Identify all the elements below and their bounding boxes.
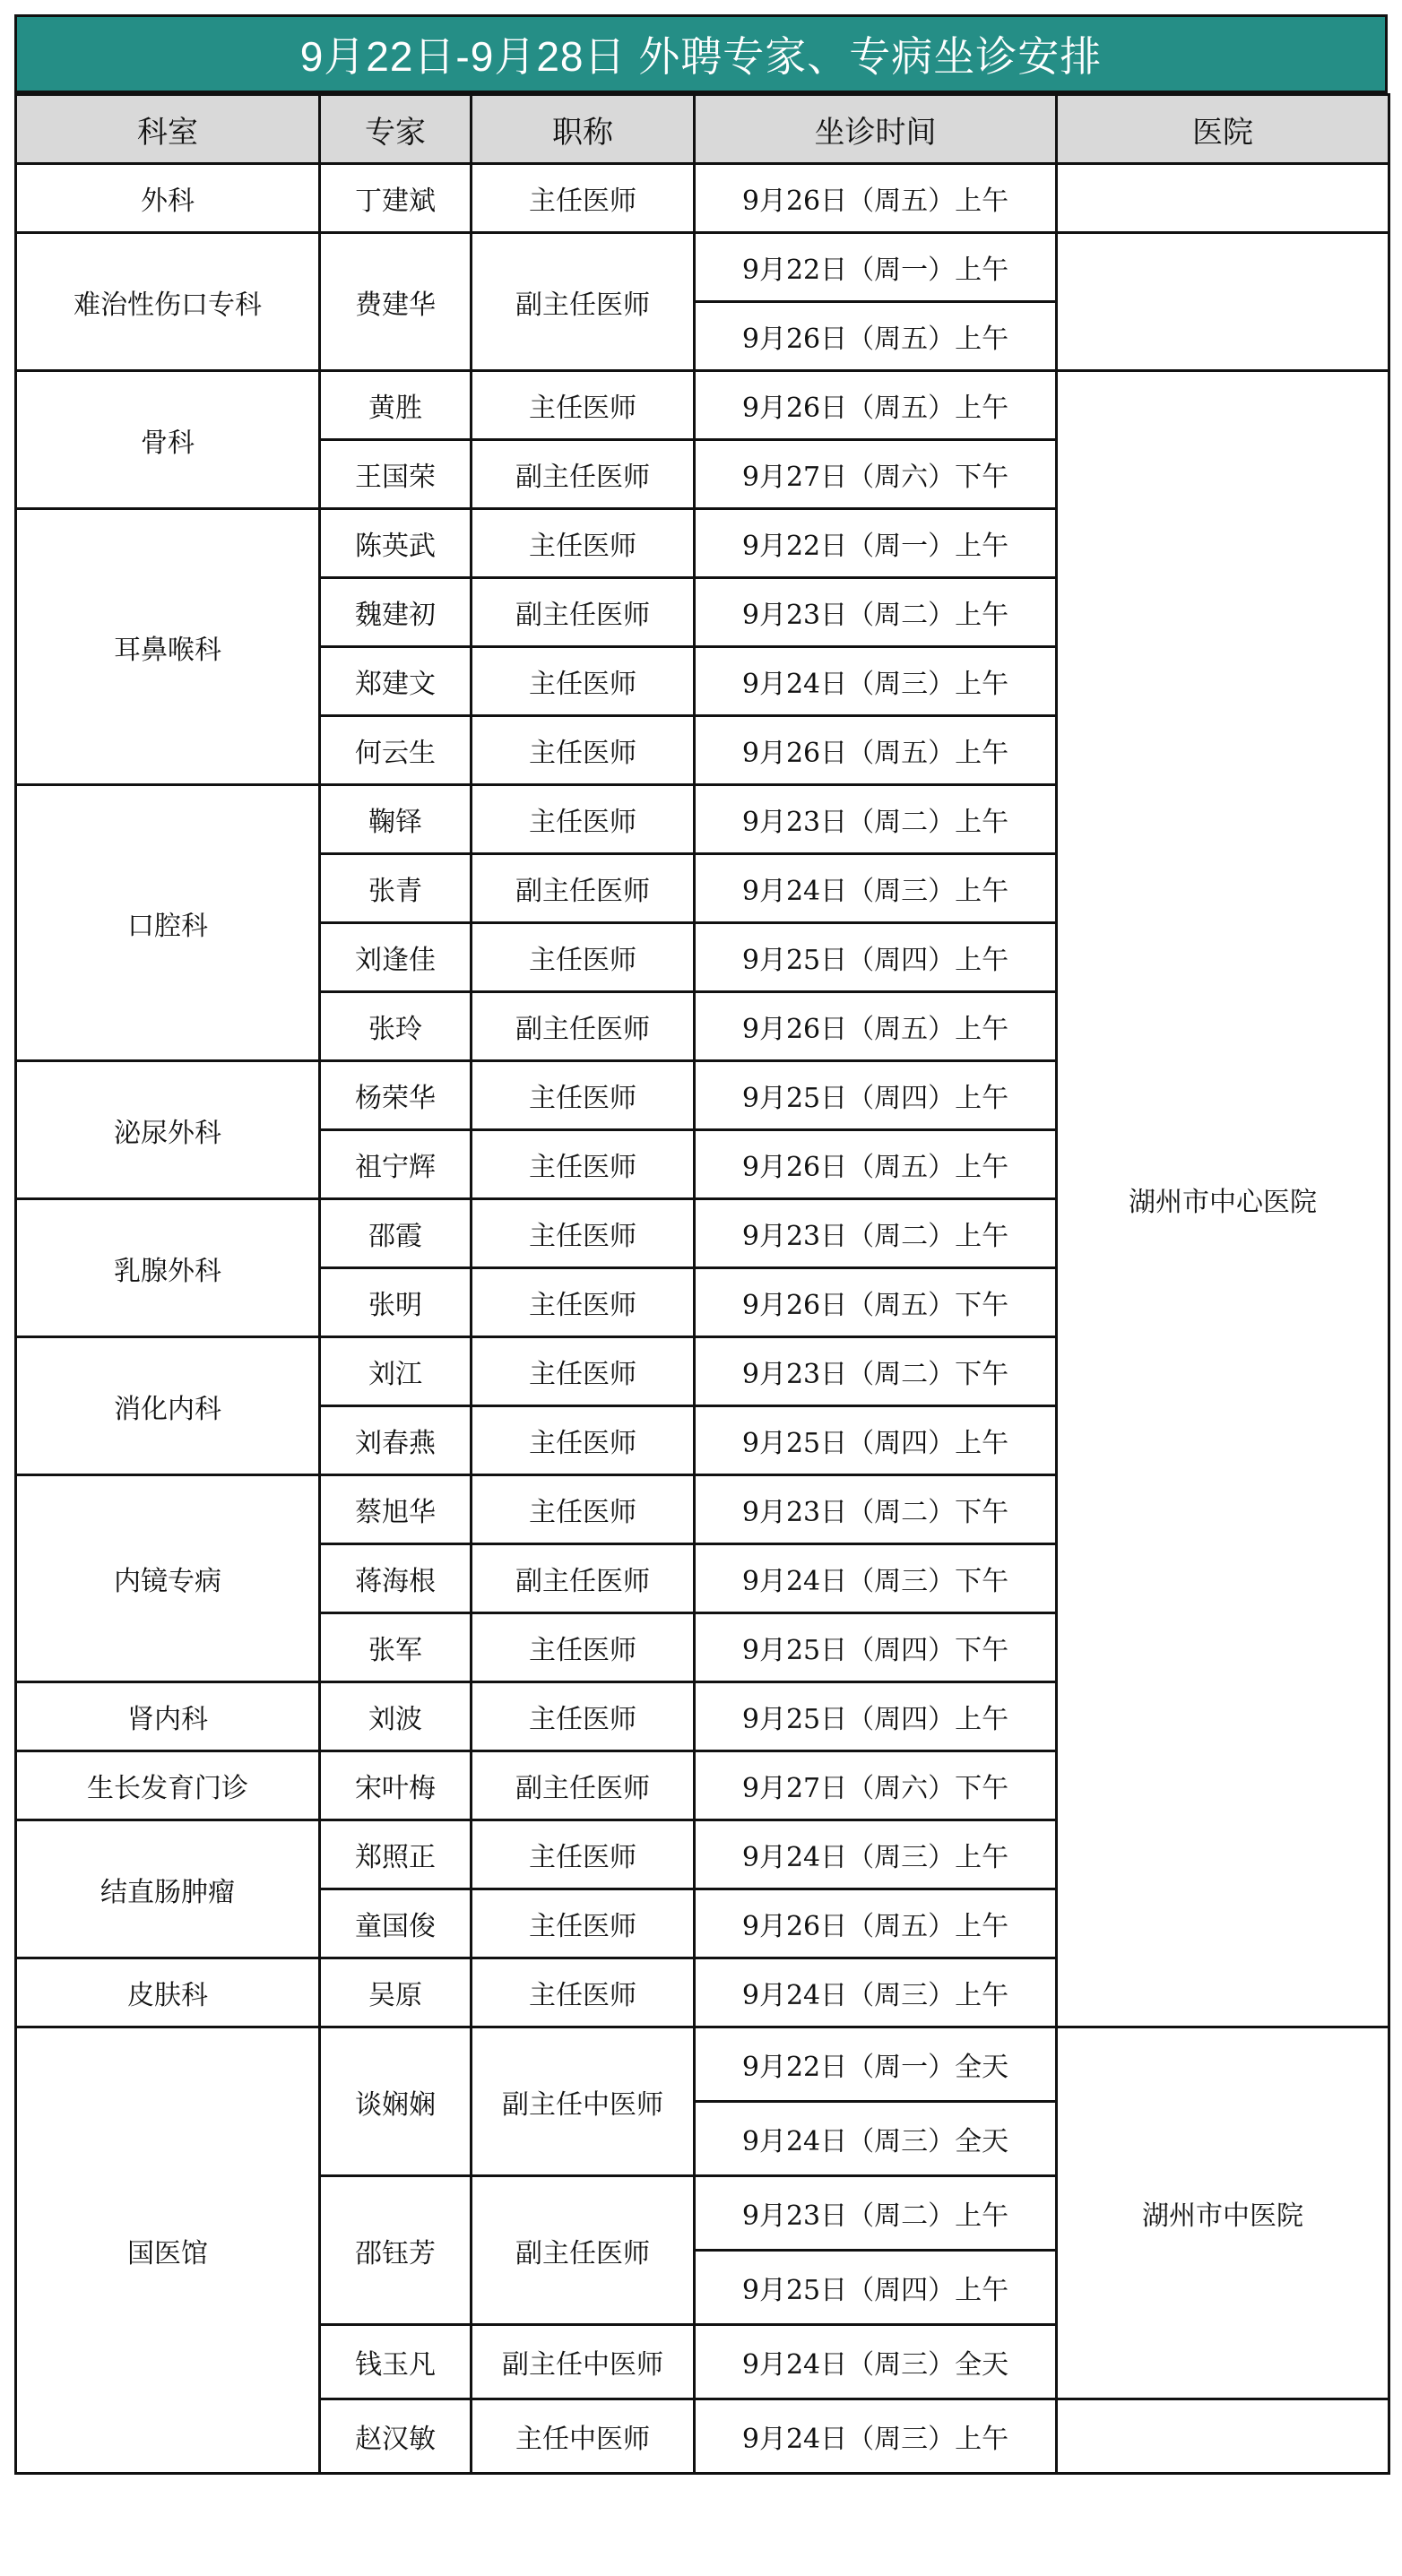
time-cell: 9月26日（周五）上午 [695,992,1057,1061]
title-cell: 副主任中医师 [472,2027,695,2176]
expert-cell: 邵钰芳 [320,2176,472,2325]
title-cell: 主任医师 [472,164,695,233]
expert-cell: 祖宁辉 [320,1130,472,1199]
hospital-cell-empty [1057,233,1389,371]
expert-cell: 刘逢佳 [320,923,472,992]
expert-cell: 童国俊 [320,1889,472,1958]
title-cell: 主任医师 [472,1682,695,1751]
expert-cell: 邵霞 [320,1199,472,1268]
department-cell: 消化内科 [16,1337,320,1475]
schedule-title: 9月22日-9月28日 外聘专家、专病坐诊安排 [14,14,1388,93]
time-cell: 9月23日（周二）下午 [695,1475,1057,1544]
time-cell: 9月26日（周五）上午 [695,1889,1057,1958]
header-expert: 专家 [320,95,472,164]
expert-cell: 郑建文 [320,647,472,716]
table-row: 外科 丁建斌 主任医师 9月26日（周五）上午 [16,164,1389,233]
time-cell: 9月22日（周一）全天 [695,2027,1057,2102]
time-cell: 9月25日（周四）下午 [695,1613,1057,1682]
time-cell: 9月27日（周六）下午 [695,440,1057,509]
time-cell: 9月26日（周五）上午 [695,164,1057,233]
hospital-cell-empty [1057,164,1389,233]
department-cell: 耳鼻喉科 [16,509,320,785]
title-cell: 主任医师 [472,1268,695,1337]
title-cell: 主任医师 [472,1820,695,1889]
time-cell: 9月24日（周三）上午 [695,1958,1057,2027]
title-cell: 主任医师 [472,1337,695,1406]
expert-cell: 钱玉凡 [320,2325,472,2399]
expert-cell: 何云生 [320,716,472,785]
department-cell: 生长发育门诊 [16,1751,320,1820]
time-cell: 9月27日（周六）下午 [695,1751,1057,1820]
time-cell: 9月25日（周四）上午 [695,1406,1057,1475]
title-cell: 主任医师 [472,923,695,992]
title-cell: 副主任医师 [472,440,695,509]
expert-cell: 赵汉敏 [320,2399,472,2474]
time-cell: 9月26日（周五）下午 [695,1268,1057,1337]
time-cell: 9月24日（周三）上午 [695,854,1057,923]
time-cell: 9月22日（周一）上午 [695,233,1057,302]
time-cell: 9月24日（周三）上午 [695,2399,1057,2474]
table-row: 国医馆 谈娴娴 副主任中医师 9月22日（周一）全天 湖州市中医院 [16,2027,1389,2102]
title-cell: 主任医师 [472,509,695,578]
department-cell: 内镜专病 [16,1475,320,1682]
time-cell: 9月26日（周五）上午 [695,371,1057,440]
department-cell: 结直肠肿瘤 [16,1820,320,1958]
expert-cell: 杨荣华 [320,1061,472,1130]
expert-cell: 张玲 [320,992,472,1061]
expert-cell: 黄胜 [320,371,472,440]
department-cell: 骨科 [16,371,320,509]
title-cell: 主任中医师 [472,2399,695,2474]
time-cell: 9月23日（周二）下午 [695,1337,1057,1406]
expert-cell: 魏建初 [320,578,472,647]
title-cell: 主任医师 [472,785,695,854]
department-cell: 肾内科 [16,1682,320,1751]
expert-cell: 蒋海根 [320,1544,472,1613]
expert-cell: 郑照正 [320,1820,472,1889]
expert-cell: 刘波 [320,1682,472,1751]
schedule-table: 科室 专家 职称 坐诊时间 医院 外科 丁建斌 主任医师 9月26日（周五）上午… [14,93,1390,2475]
header-time: 坐诊时间 [695,95,1057,164]
table-row: 骨科 黄胜 主任医师 9月26日（周五）上午 湖州市中心医院 [16,371,1389,440]
department-cell: 乳腺外科 [16,1199,320,1337]
hospital-cell: 湖州市中医院 [1057,2027,1389,2399]
expert-cell: 宋叶梅 [320,1751,472,1820]
expert-cell: 刘江 [320,1337,472,1406]
time-cell: 9月24日（周三）全天 [695,2102,1057,2176]
title-cell: 副主任医师 [472,854,695,923]
hospital-cell-empty [1057,2399,1389,2474]
expert-cell: 谈娴娴 [320,2027,472,2176]
time-cell: 9月24日（周三）下午 [695,1544,1057,1613]
title-cell: 主任医师 [472,716,695,785]
time-cell: 9月26日（周五）上午 [695,716,1057,785]
title-cell: 主任医师 [472,1406,695,1475]
schedule-sheet: 9月22日-9月28日 外聘专家、专病坐诊安排 科室 专家 职称 坐诊时间 医院… [14,14,1388,2475]
title-cell: 副主任医师 [472,1751,695,1820]
time-cell: 9月24日（周三）上午 [695,1820,1057,1889]
department-cell: 外科 [16,164,320,233]
title-cell: 主任医师 [472,1199,695,1268]
time-cell: 9月25日（周四）上午 [695,923,1057,992]
expert-cell: 蔡旭华 [320,1475,472,1544]
expert-cell: 刘春燕 [320,1406,472,1475]
time-cell: 9月24日（周三）上午 [695,647,1057,716]
department-cell: 泌尿外科 [16,1061,320,1199]
title-cell: 副主任中医师 [472,2325,695,2399]
title-cell: 主任医师 [472,1889,695,1958]
header-row: 科室 专家 职称 坐诊时间 医院 [16,95,1389,164]
time-cell: 9月22日（周一）上午 [695,509,1057,578]
expert-cell: 吴原 [320,1958,472,2027]
expert-cell: 陈英武 [320,509,472,578]
expert-cell: 费建华 [320,233,472,371]
time-cell: 9月23日（周二）上午 [695,578,1057,647]
title-cell: 主任医师 [472,647,695,716]
expert-cell: 丁建斌 [320,164,472,233]
time-cell: 9月26日（周五）上午 [695,302,1057,371]
title-cell: 副主任医师 [472,233,695,371]
expert-cell: 张明 [320,1268,472,1337]
title-cell: 主任医师 [472,1613,695,1682]
time-cell: 9月23日（周二）上午 [695,2176,1057,2251]
time-cell: 9月25日（周四）上午 [695,1682,1057,1751]
time-cell: 9月23日（周二）上午 [695,1199,1057,1268]
time-cell: 9月23日（周二）上午 [695,785,1057,854]
department-cell: 口腔科 [16,785,320,1061]
header-department: 科室 [16,95,320,164]
time-cell: 9月25日（周四）上午 [695,2251,1057,2325]
title-cell: 主任医师 [472,371,695,440]
time-cell: 9月25日（周四）上午 [695,1061,1057,1130]
title-cell: 主任医师 [472,1061,695,1130]
header-hospital: 医院 [1057,95,1389,164]
title-cell: 副主任医师 [472,2176,695,2325]
expert-cell: 张青 [320,854,472,923]
expert-cell: 鞠铎 [320,785,472,854]
header-title: 职称 [472,95,695,164]
department-cell: 皮肤科 [16,1958,320,2027]
title-cell: 主任医师 [472,1130,695,1199]
title-cell: 副主任医师 [472,992,695,1061]
expert-cell: 王国荣 [320,440,472,509]
hospital-cell: 湖州市中心医院 [1057,371,1389,2027]
department-cell: 难治性伤口专科 [16,233,320,371]
department-cell: 国医馆 [16,2027,320,2474]
time-cell: 9月24日（周三）全天 [695,2325,1057,2399]
title-cell: 主任医师 [472,1475,695,1544]
title-cell: 副主任医师 [472,578,695,647]
time-cell: 9月26日（周五）上午 [695,1130,1057,1199]
title-cell: 主任医师 [472,1958,695,2027]
expert-cell: 张军 [320,1613,472,1682]
table-row: 难治性伤口专科 费建华 副主任医师 9月22日（周一）上午 [16,233,1389,302]
title-cell: 副主任医师 [472,1544,695,1613]
